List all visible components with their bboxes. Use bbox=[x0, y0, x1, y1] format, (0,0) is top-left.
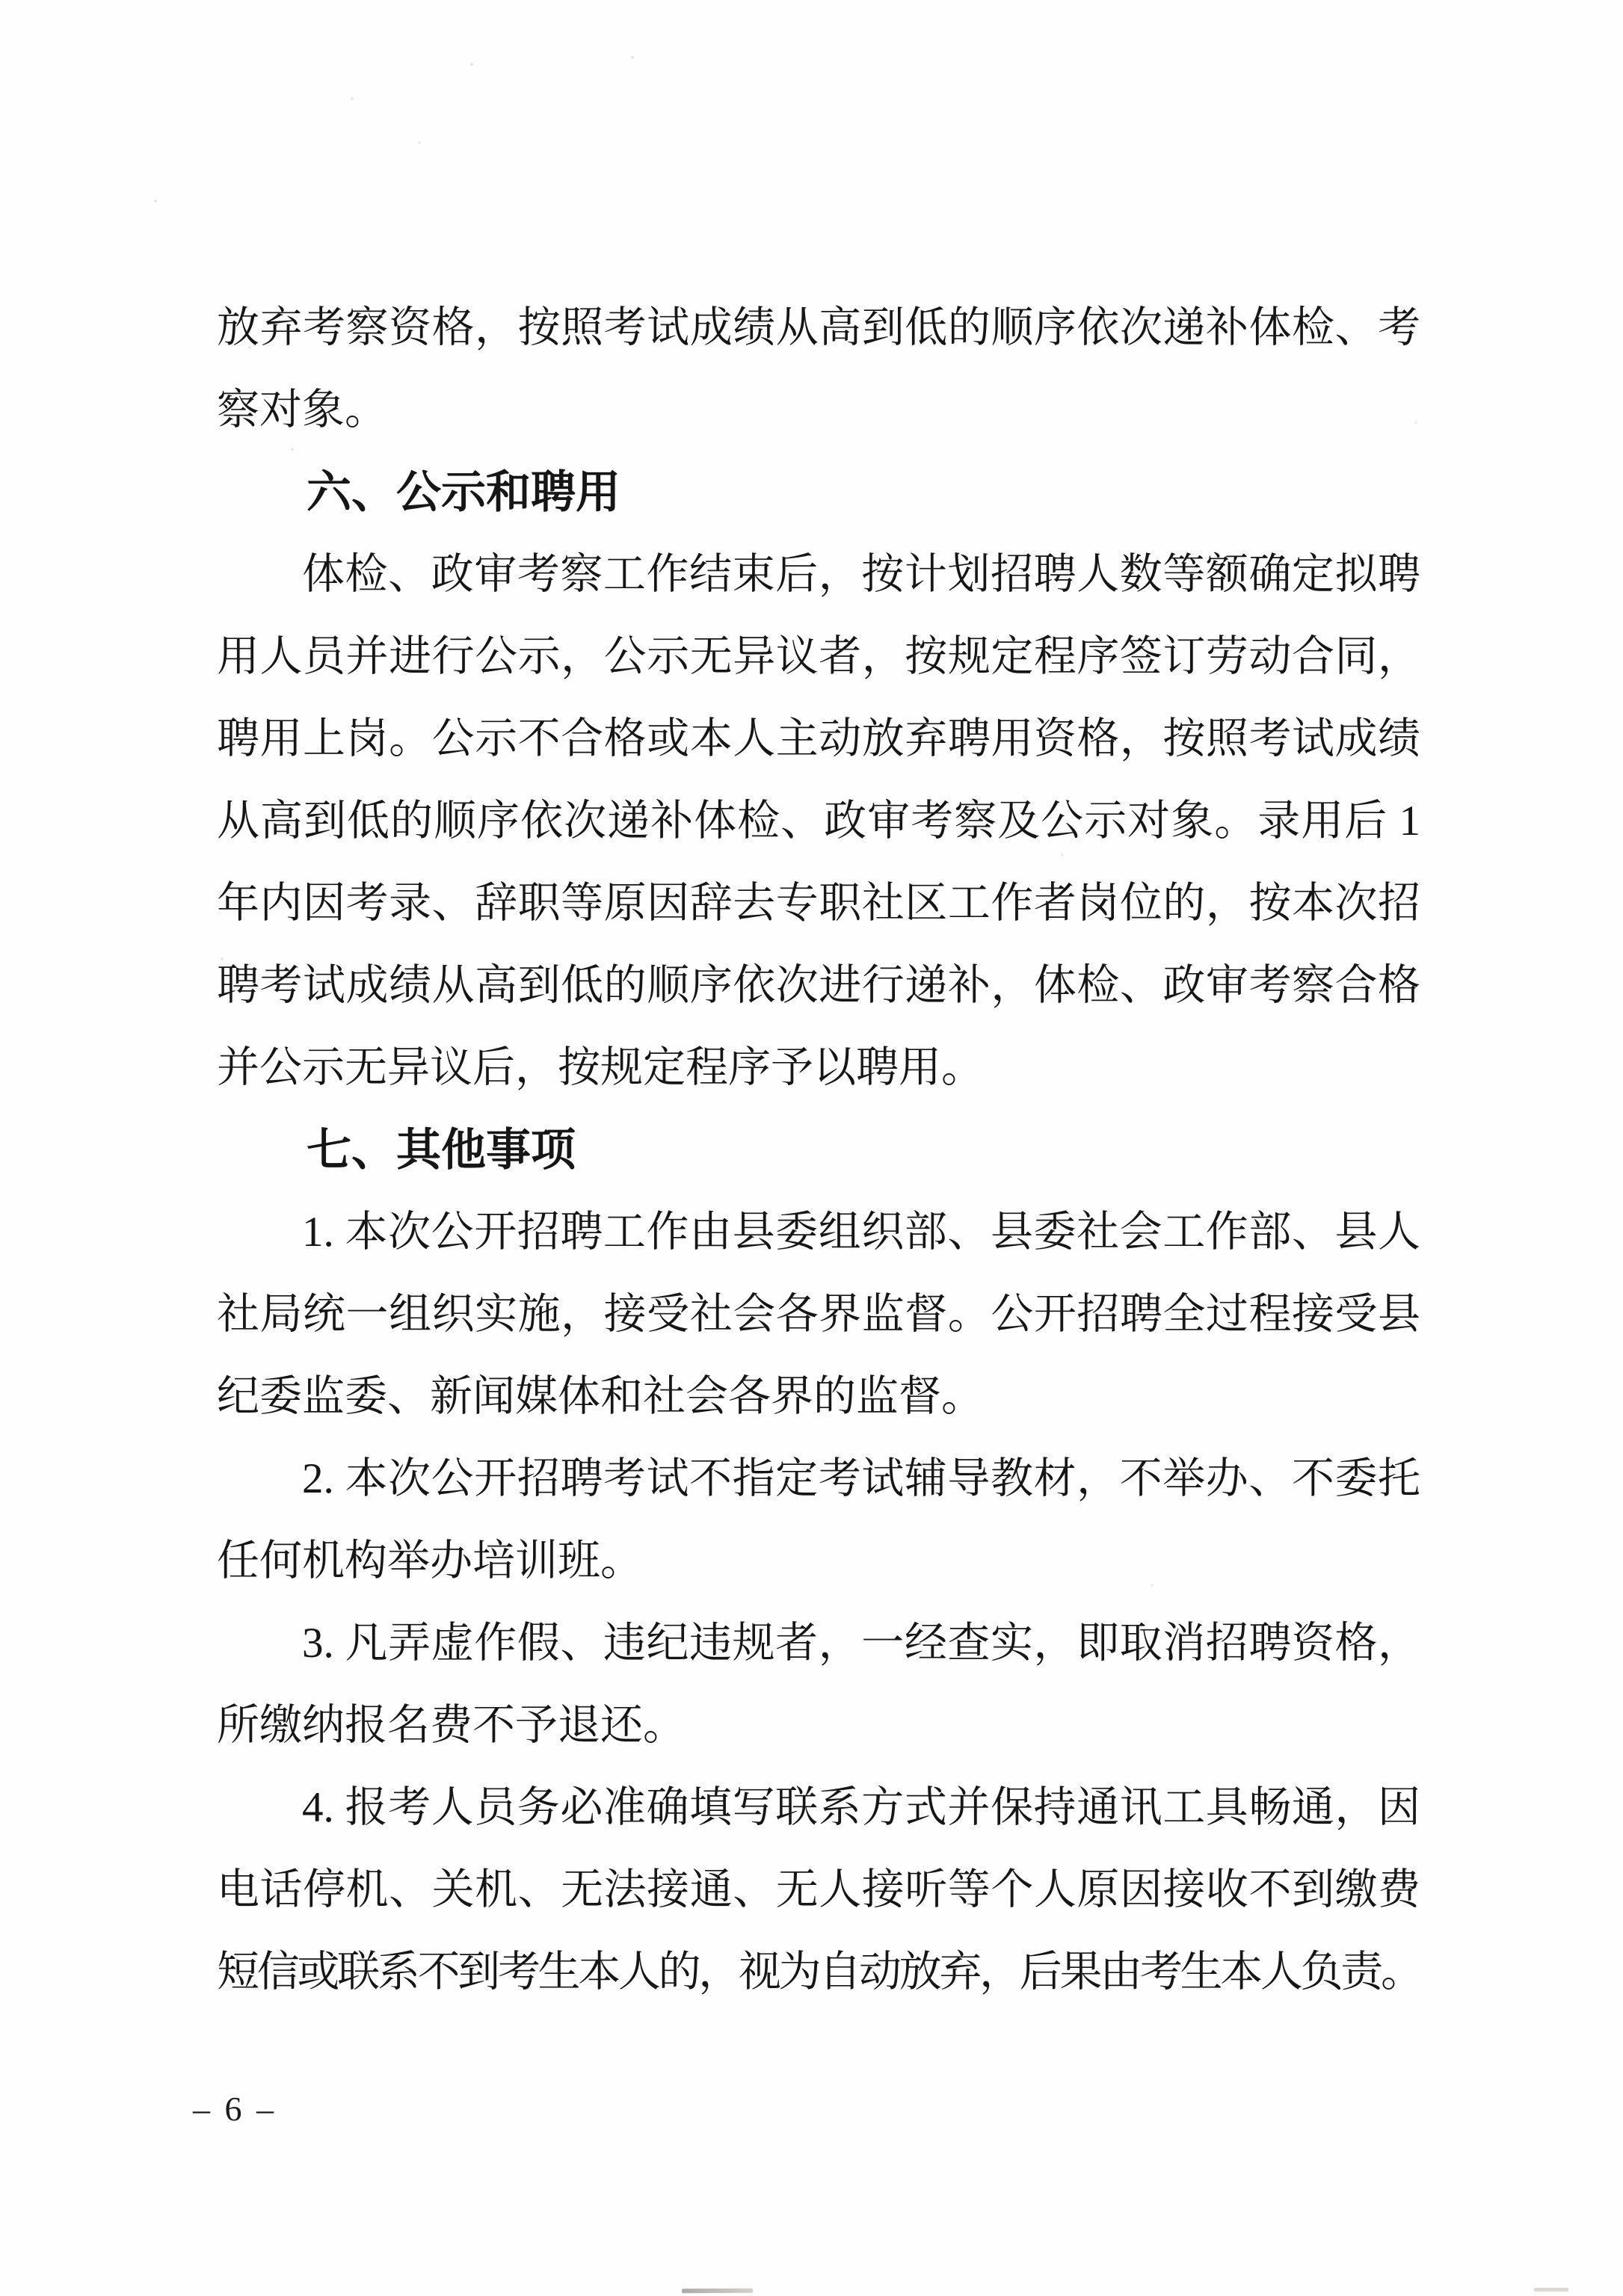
text-line: 年内因考录、辞职等原因辞去专职社区工作者岗位的，按本次招 bbox=[217, 862, 1420, 945]
page-number: – 6 – bbox=[193, 2089, 277, 2129]
section-heading: 六、公示和聘用 bbox=[217, 451, 1420, 534]
scan-speckles bbox=[0, 0, 1, 1]
text-line: 电话停机、关机、无法接通、无人接听等个人原因接收不到缴费 bbox=[217, 1849, 1420, 1931]
text-line: 社局统一组织实施，接受社会各界监督。公开招聘全过程接受县 bbox=[217, 1274, 1420, 1356]
text-line: 放弃考察资格，按照考试成绩从高到低的顺序依次递补体检、考 bbox=[217, 287, 1420, 369]
document-body: 放弃考察资格，按照考试成绩从高到低的顺序依次递补体检、考察对象。六、公示和聘用体… bbox=[217, 287, 1420, 2013]
text-line: 用人员并进行公示，公示无异议者，按规定程序签订劳动合同， bbox=[217, 616, 1420, 698]
text-line: 4. 报考人员务必准确填写联系方式并保持通讯工具畅通，因 bbox=[217, 1767, 1420, 1849]
text-line: 短信或联系不到考生本人的，视为自动放弃，后果由考生本人负责。 bbox=[217, 1931, 1420, 2013]
text-line: 聘用上岗。公示不合格或本人主动放弃聘用资格，按照考试成绩 bbox=[217, 698, 1420, 780]
text-line: 察对象。 bbox=[217, 369, 1420, 451]
document-page: 放弃考察资格，按照考试成绩从高到低的顺序依次递补体检、考察对象。六、公示和聘用体… bbox=[0, 0, 1623, 2296]
text-line: 聘考试成绩从高到低的顺序依次进行递补，体检、政审考察合格 bbox=[217, 945, 1420, 1027]
text-line: 2. 本次公开招聘考试不指定考试辅导教材，不举办、不委托 bbox=[217, 1438, 1420, 1520]
text-line: 纪委监委、新闻媒体和社会各界的监督。 bbox=[217, 1356, 1420, 1438]
text-line: 体检、政审考察工作结束后，按计划招聘人数等额确定拟聘 bbox=[217, 534, 1420, 616]
text-line: 3. 凡弄虚作假、违纪违规者，一经查实，即取消招聘资格， bbox=[217, 1602, 1420, 1685]
text-line: 并公示无异议后，按规定程序予以聘用。 bbox=[217, 1027, 1420, 1109]
text-line: 任何机构举办培训班。 bbox=[217, 1520, 1420, 1602]
scan-artifact bbox=[1534, 2288, 1568, 2292]
text-line: 所缴纳报名费不予退还。 bbox=[217, 1685, 1420, 1767]
text-line: 1. 本次公开招聘工作由县委组织部、县委社会工作部、县人 bbox=[217, 1191, 1420, 1274]
section-heading: 七、其他事项 bbox=[217, 1109, 1420, 1191]
text-line: 从高到低的顺序依次递补体检、政审考察及公示对象。录用后 1 bbox=[217, 780, 1420, 862]
scan-artifact bbox=[682, 2289, 753, 2293]
